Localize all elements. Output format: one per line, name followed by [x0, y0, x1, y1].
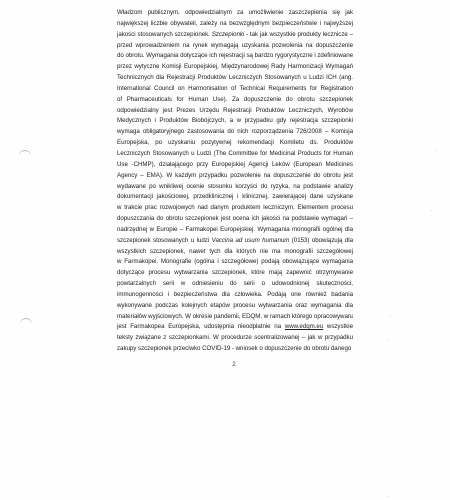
text-segment: Europejska, po uzyskaniu pozytywnej reko… [117, 139, 353, 146]
text-line: wszystkich szczepionek, nawet tych dla k… [117, 247, 353, 258]
text-segment: nadrzędnej w Europie – Farmakopei Europe… [117, 226, 353, 233]
punch-hole-mark-bottom [20, 318, 32, 325]
text-line: wykonywane podczas kolejnych etapów proc… [117, 301, 353, 312]
text-segment: największej liczbie obywateli, zależy na… [117, 20, 353, 27]
text-line: dotyczące procesu wytwarzania szczepione… [117, 268, 353, 279]
edqm-link[interactable]: www.edqm.eu [285, 323, 323, 330]
text-segment: powtarzalnych serii w odniesieniu do ser… [117, 280, 353, 287]
text-line: do obrotu. Wymagania dotyczące ich rejes… [117, 51, 353, 62]
text-segment: (0153) obowiązują dla [289, 237, 353, 244]
text-line: powtarzalnych serii w odniesieniu do ser… [117, 279, 353, 290]
scan-speck [431, 210, 432, 211]
text-segment: of Pharmaceuticals for Human Use). Za do… [117, 96, 353, 103]
text-line: szczepionek stosowanych u ludzi Vaccina … [117, 236, 353, 247]
text-line: Władzom publicznym, odpowiedzialnym za u… [117, 8, 353, 19]
text-segment: przed wprowadzeniem na rynek wymagają uz… [117, 42, 353, 49]
text-segment: jakości stosowanych szczepionek. [117, 31, 212, 38]
text-line: nadrzędnej w Europie – Farmakopei Europe… [117, 225, 353, 236]
text-line: Technicznych dla Rejestracji Produktów L… [117, 73, 353, 84]
scan-speck [436, 150, 437, 151]
text-segment: Władzom publicznym, odpowiedzialnym za u… [117, 9, 353, 16]
text-line: zakupy szczepionek przeciwko COVID-19 - … [117, 344, 353, 355]
text-segment: jest Farmakopea Europejska, udostępnia n… [117, 323, 285, 330]
text-line: International Council on Harmonisation o… [117, 84, 353, 95]
text-segment: dopuszczania do obrotu szczepionek jest … [117, 215, 353, 222]
text-segment: Medycznych i Produktów Biobójczych, a w … [117, 117, 353, 124]
text-line: Medycznych i Produktów Biobójczych, a w … [117, 116, 353, 127]
page-number: 2 [229, 361, 239, 368]
scan-speck [388, 496, 389, 497]
text-segment: w trakcie prac rozwojowych nad danym pro… [117, 204, 353, 211]
text-segment: w Farmakopei. Monografie (ogólna i szcze… [117, 258, 353, 265]
text-segment: wydawane po wnikliwej ocenie stosunku ko… [117, 183, 353, 190]
punch-hole-mark-top [19, 150, 31, 157]
text-segment: Technicznych dla Rejestracji Produktów L… [117, 74, 353, 81]
text-line: of Pharmaceuticals for Human Use). Za do… [117, 95, 353, 106]
text-segment: wszystkie [323, 323, 353, 330]
text-line: dokumentacji jakościowej, przedkliniczne… [117, 192, 353, 203]
text-line: przez wytyczne Komisji Europejskiej, Mię… [117, 62, 353, 73]
italic-term: Vaccina ad usum humanum [212, 237, 290, 244]
scan-speck [390, 316, 391, 317]
text-segment: Leczniczych Stosowanych u Ludzi (The Com… [117, 150, 353, 157]
document-page: Władzom publicznym, odpowiedzialnym za u… [0, 0, 450, 500]
text-segment: do obrotu. Wymagania dotyczące ich rejes… [117, 52, 353, 59]
text-line: wydawane po wnikliwej ocenie stosunku ko… [117, 182, 353, 193]
text-segment: wszystkich szczepionek, nawet tych dla k… [117, 248, 353, 255]
text-line: immunogenności i bezpieczeństwa dla czło… [117, 290, 353, 301]
text-segment: - tak jak wszystkie produkty lecznicze – [244, 31, 353, 38]
text-segment: Use -CHMP), działającego przy Europejski… [117, 161, 353, 168]
text-segment: materiałów wyjściowych. W okresie pandem… [117, 313, 353, 320]
text-segment: odpowiedzialny jest Prezes Urzędu Rejest… [117, 107, 353, 114]
text-segment: wykonywane podczas kolejnych etapów proc… [117, 302, 353, 309]
text-line: dopuszczania do obrotu szczepionek jest … [117, 214, 353, 225]
text-line: przed wprowadzeniem na rynek wymagają uz… [117, 41, 353, 52]
text-segment: przez wytyczne Komisji Europejskiej, Mię… [117, 63, 353, 70]
text-line: największej liczbie obywateli, zależy na… [117, 19, 353, 30]
text-line: teksty związane z szczepionkami. W proce… [117, 333, 353, 344]
text-line: Leczniczych Stosowanych u Ludzi (The Com… [117, 149, 353, 160]
text-segment: Agency – EMA). W każdym przypadku pozwol… [117, 172, 353, 179]
text-segment: szczepionek stosowanych u ludzi [117, 237, 212, 244]
text-line: wymaga obligatoryjnego zastosowania do n… [117, 127, 353, 138]
text-line: jakości stosowanych szczepionek. Szczepi… [117, 30, 353, 41]
text-line: Europejska, po uzyskaniu pozytywnej reko… [117, 138, 353, 149]
text-line: w trakcie prac rozwojowych nad danym pro… [117, 203, 353, 214]
text-line: Agency – EMA). W każdym przypadku pozwol… [117, 171, 353, 182]
text-segment: teksty związane z szczepionkami. W proce… [117, 334, 353, 341]
body-paragraph: Władzom publicznym, odpowiedzialnym za u… [117, 8, 353, 355]
text-line: odpowiedzialny jest Prezes Urzędu Rejest… [117, 106, 353, 117]
scan-speck [387, 340, 388, 341]
italic-term: Szczepionki [212, 31, 245, 38]
text-segment: wymaga obligatoryjnego zastosowania do n… [117, 128, 353, 135]
text-segment: zakupy szczepionek przeciwko COVID-19 - … [117, 345, 351, 352]
text-segment: dokumentacji jakościowej, przedkliniczne… [117, 193, 353, 200]
text-line: materiałów wyjściowych. W okresie pandem… [117, 312, 353, 323]
text-segment: dotyczące procesu wytwarzania szczepione… [117, 269, 353, 276]
text-segment: International Council on Harmonisation o… [117, 85, 353, 92]
text-line: jest Farmakopea Europejska, udostępnia n… [117, 322, 353, 333]
text-line: Use -CHMP), działającego przy Europejski… [117, 160, 353, 171]
text-line: w Farmakopei. Monografie (ogólna i szcze… [117, 257, 353, 268]
text-segment: immunogenności i bezpieczeństwa dla czło… [117, 291, 353, 298]
